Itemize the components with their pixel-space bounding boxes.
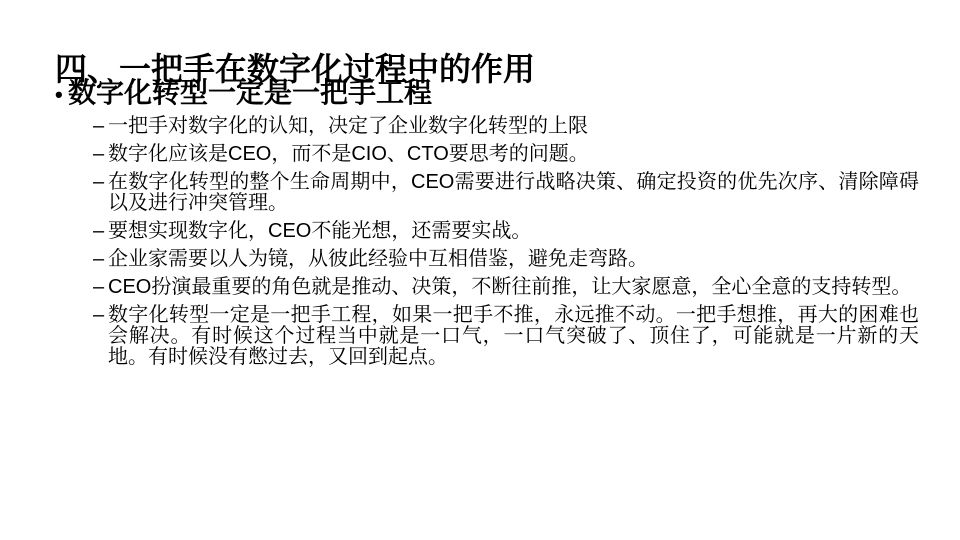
sub-bullet-text: 数字化转型一定是一把手工程，如果一把手不推，永远推不动。一把手想推，再大的困难也… [108, 305, 919, 368]
sub-bullet-text: 企业家需要以人为镜，从彼此经验中互相借鉴，避免走弯路。 [108, 249, 919, 270]
sub-bullet-text: CEO扮演最重要的角色就是推动、决策，不断往前推，让大家愿意，全心全意的支持转型… [108, 277, 919, 298]
list-item: – 企业家需要以人为镜，从彼此经验中互相借鉴，避免走弯路。 [93, 249, 919, 270]
sub-bullet-text: 要想实现数字化，CEO不能光想，还需要实战。 [108, 221, 919, 242]
list-item: – CEO扮演最重要的角色就是推动、决策，不断往前推，让大家愿意，全心全意的支持… [93, 277, 919, 298]
bullet-item: • 数字化转型一定是一把手工程 [55, 78, 432, 109]
dash-marker: – [93, 172, 108, 214]
list-item: – 要想实现数字化，CEO不能光想，还需要实战。 [93, 221, 919, 242]
dash-marker: – [93, 116, 108, 137]
dash-marker: – [93, 221, 108, 242]
bullet-marker: • [55, 83, 68, 107]
dash-marker: – [93, 249, 108, 270]
list-item: – 数字化应该是CEO，而不是CIO、CTO要思考的问题。 [93, 144, 919, 165]
dash-marker: – [93, 144, 108, 165]
presentation-slide: 四、一把手在数字化过程中的作用 • 数字化转型一定是一把手工程 – 一把手对数字… [0, 0, 960, 540]
dash-marker: – [93, 277, 108, 298]
sub-bullet-list: – 一把手对数字化的认知，决定了企业数字化转型的上限 – 数字化应该是CEO，而… [93, 116, 919, 368]
sub-bullet-text: 在数字化转型的整个生命周期中，CEO需要进行战略决策、确定投资的优先次序、清除障… [108, 172, 919, 214]
list-item: – 数字化转型一定是一把手工程，如果一把手不推，永远推不动。一把手想推，再大的困… [93, 305, 919, 368]
dash-marker: – [93, 305, 108, 368]
sub-bullet-text: 一把手对数字化的认知，决定了企业数字化转型的上限 [108, 116, 919, 137]
list-item: – 在数字化转型的整个生命周期中，CEO需要进行战略决策、确定投资的优先次序、清… [93, 172, 919, 214]
list-item: – 一把手对数字化的认知，决定了企业数字化转型的上限 [93, 116, 919, 137]
sub-bullet-text: 数字化应该是CEO，而不是CIO、CTO要思考的问题。 [108, 144, 919, 165]
bullet-text: 数字化转型一定是一把手工程 [68, 78, 432, 109]
